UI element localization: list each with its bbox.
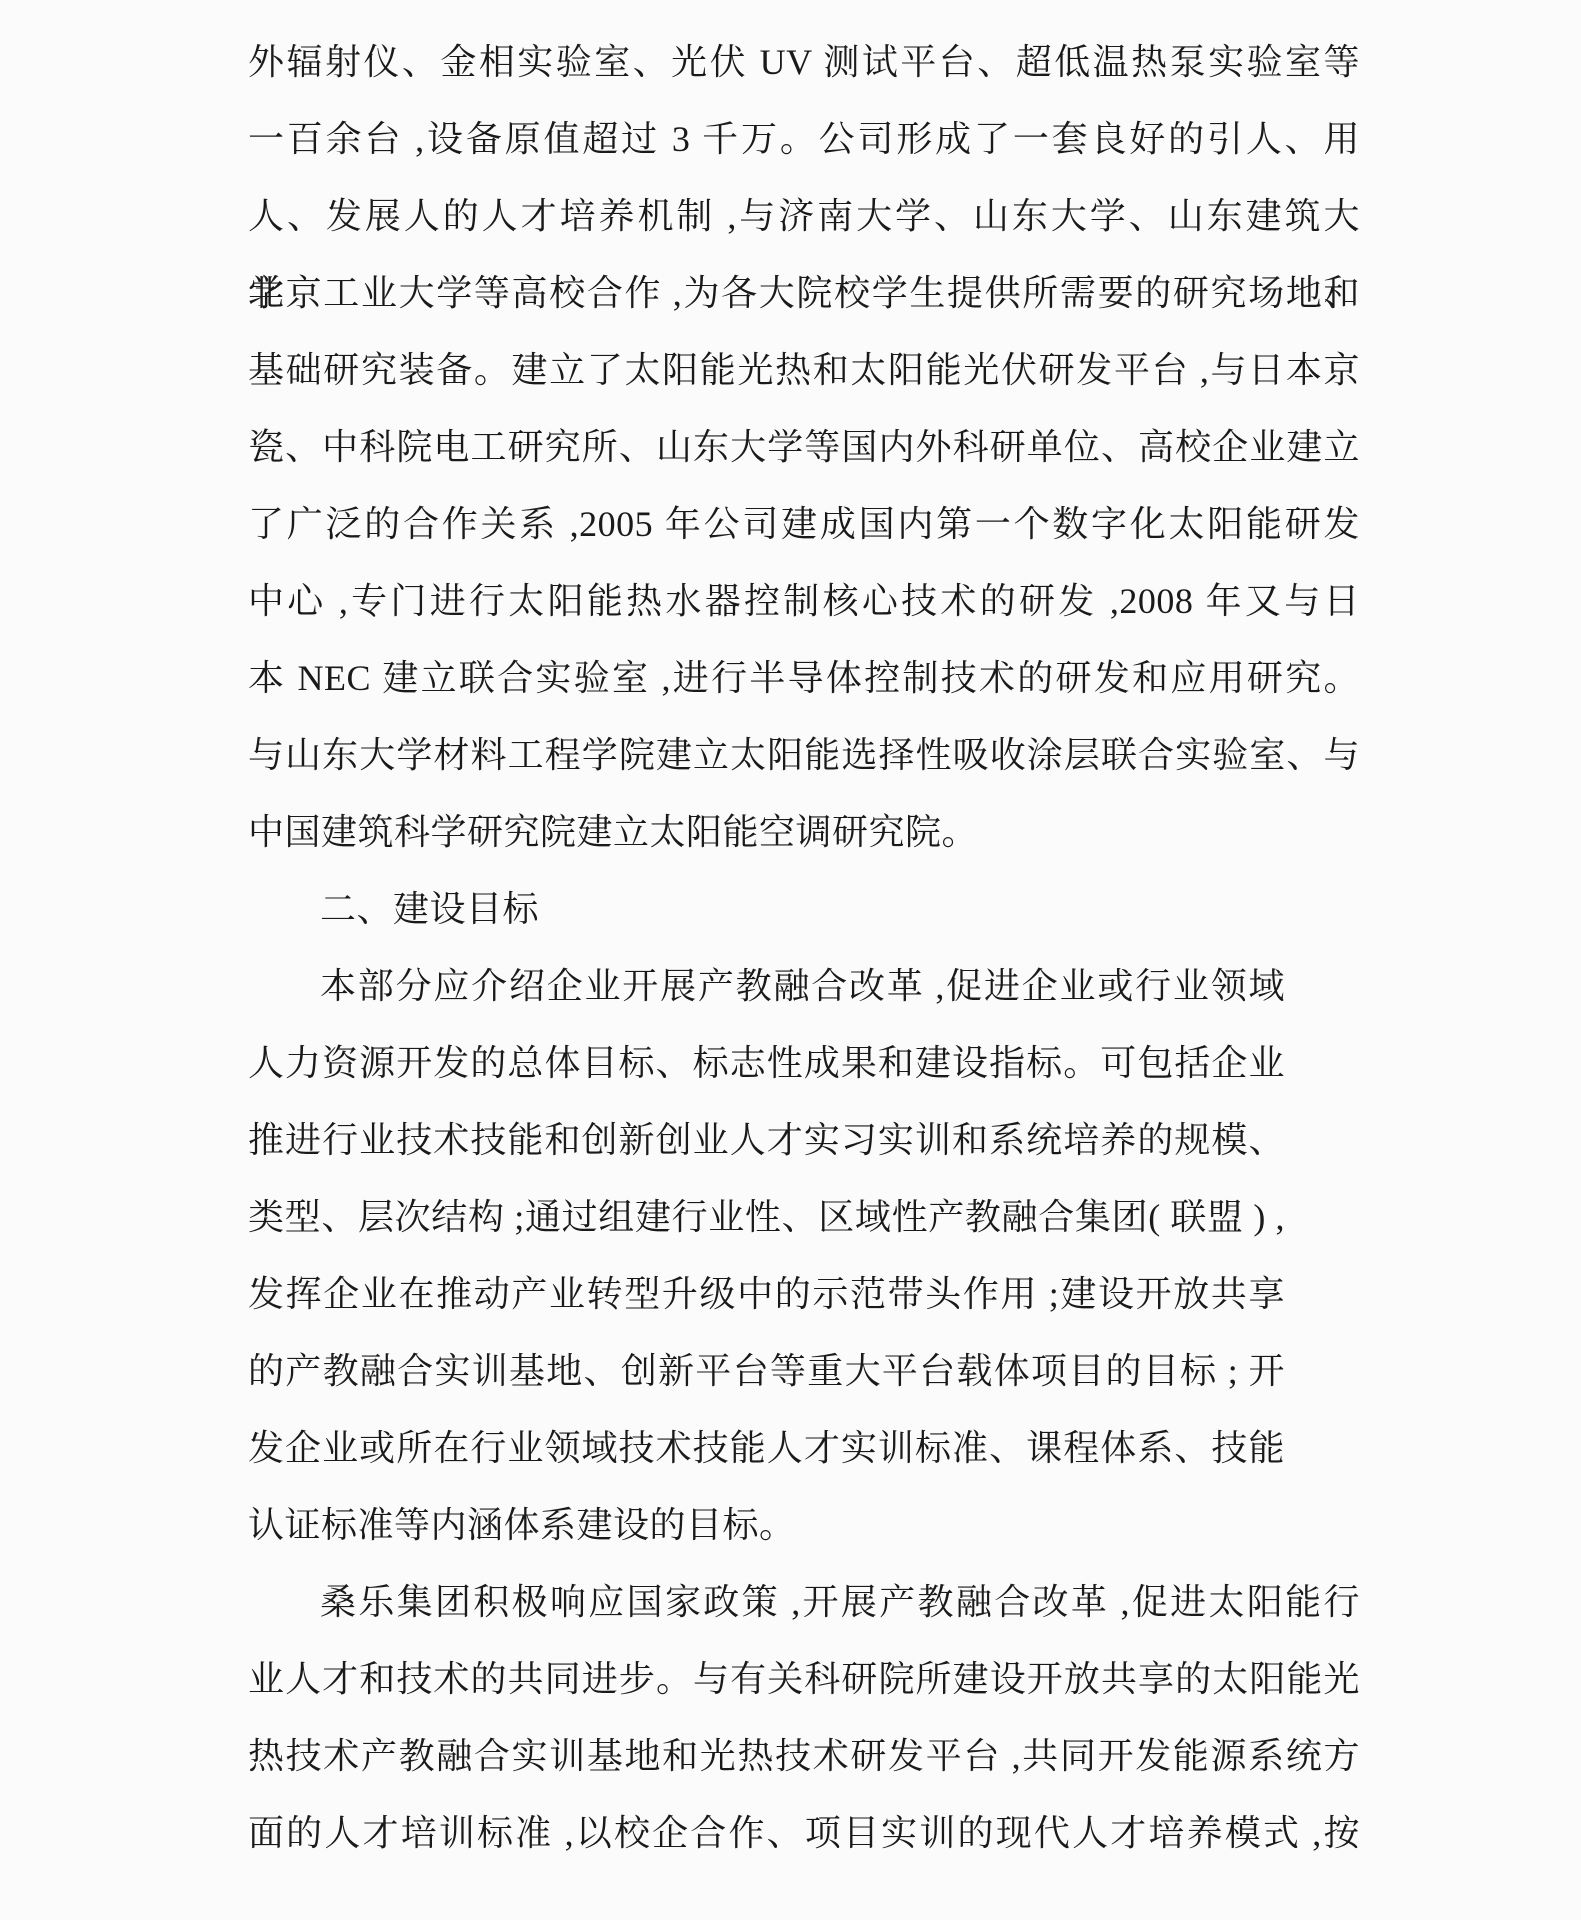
text-line-10: 与山东大学材料工程学院建立太阳能选择性吸收涂层联合实验室、与 bbox=[248, 717, 1360, 794]
text-block: 外辐射仪、金相实验室、光伏 UV 测试平台、超低温热泵实验室等 一百余台 ,设备… bbox=[248, 24, 1360, 1872]
text-line-14: 人力资源开发的总体目标、标志性成果和建设指标。可包括企业 bbox=[248, 1025, 1285, 1102]
text-line-2: 一百余台 ,设备原值超过 3 千万。公司形成了一套良好的引人、用 bbox=[248, 101, 1360, 178]
text-line-19: 发企业或所在行业领域技术技能人才实训标准、课程体系、技能 bbox=[248, 1410, 1285, 1487]
text-line-15: 推进行业技术技能和创新创业人才实习实训和系统培养的规模、 bbox=[248, 1102, 1285, 1179]
text-line-11: 中国建筑科学研究院建立太阳能空调研究院。 bbox=[248, 794, 1360, 871]
paragraph-company-overview: 外辐射仪、金相实验室、光伏 UV 测试平台、超低温热泵实验室等 一百余台 ,设备… bbox=[248, 24, 1360, 871]
text-line-5: 基础研究装备。建立了太阳能光热和太阳能光伏研发平台 ,与日本京 bbox=[248, 332, 1360, 409]
text-line-17: 发挥企业在推动产业转型升级中的示范带头作用 ;建设开放共享 bbox=[248, 1256, 1285, 1333]
text-line-16: 类型、层次结构 ;通过组建行业性、区域性产教融合集团( 联盟 ) , bbox=[248, 1179, 1285, 1256]
text-line-4: 北京工业大学等高校合作 ,为各大院校学生提供所需要的研究场地和 bbox=[248, 255, 1360, 332]
text-line-13: 本部分应介绍企业开展产教融合改革 ,促进企业或行业领域 bbox=[248, 948, 1285, 1025]
text-line-24: 面的人才培训标准 ,以校企合作、项目实训的现代人才培养模式 ,按 bbox=[248, 1795, 1360, 1872]
text-line-21: 桑乐集团积极响应国家政策 ,开展产教融合改革 ,促进太阳能行 bbox=[248, 1564, 1360, 1641]
paragraph-instruction: 本部分应介绍企业开展产教融合改革 ,促进企业或行业领域 人力资源开发的总体目标、… bbox=[248, 948, 1360, 1564]
text-line-3: 人、发展人的人才培养机制 ,与济南大学、山东大学、山东建筑大学、 bbox=[248, 178, 1360, 255]
text-line-22: 业人才和技术的共同进步。与有关科研院所建设开放共享的太阳能光 bbox=[248, 1641, 1360, 1718]
section-heading: 二、建设目标 bbox=[248, 871, 1360, 948]
text-line-18: 的产教融合实训基地、创新平台等重大平台载体项目的目标 ; 开 bbox=[248, 1333, 1285, 1410]
text-line-7: 了广泛的合作关系 ,2005 年公司建成国内第一个数字化太阳能研发 bbox=[248, 486, 1360, 563]
text-line-8: 中心 ,专门进行太阳能热水器控制核心技术的研发 ,2008 年又与日 bbox=[248, 563, 1360, 640]
text-line-20: 认证标准等内涵体系建设的目标。 bbox=[248, 1487, 1285, 1564]
text-line-9: 本 NEC 建立联合实验室 ,进行半导体控制技术的研发和应用研究。 bbox=[248, 640, 1360, 717]
text-line-23: 热技术产教融合实训基地和光热技术研发平台 ,共同开发能源系统方 bbox=[248, 1718, 1360, 1795]
text-line-6: 瓷、中科院电工研究所、山东大学等国内外科研单位、高校企业建立 bbox=[248, 409, 1360, 486]
scanned-document-body: { "page": { "background_color": "#fbfbfb… bbox=[0, 0, 1581, 1920]
text-line-1: 外辐射仪、金相实验室、光伏 UV 测试平台、超低温热泵实验室等 bbox=[248, 24, 1360, 101]
document-page: 外辐射仪、金相实验室、光伏 UV 测试平台、超低温热泵实验室等 一百余台 ,设备… bbox=[0, 0, 1581, 1920]
paragraph-sangle-group-goals: 桑乐集团积极响应国家政策 ,开展产教融合改革 ,促进太阳能行 业人才和技术的共同… bbox=[248, 1564, 1360, 1872]
